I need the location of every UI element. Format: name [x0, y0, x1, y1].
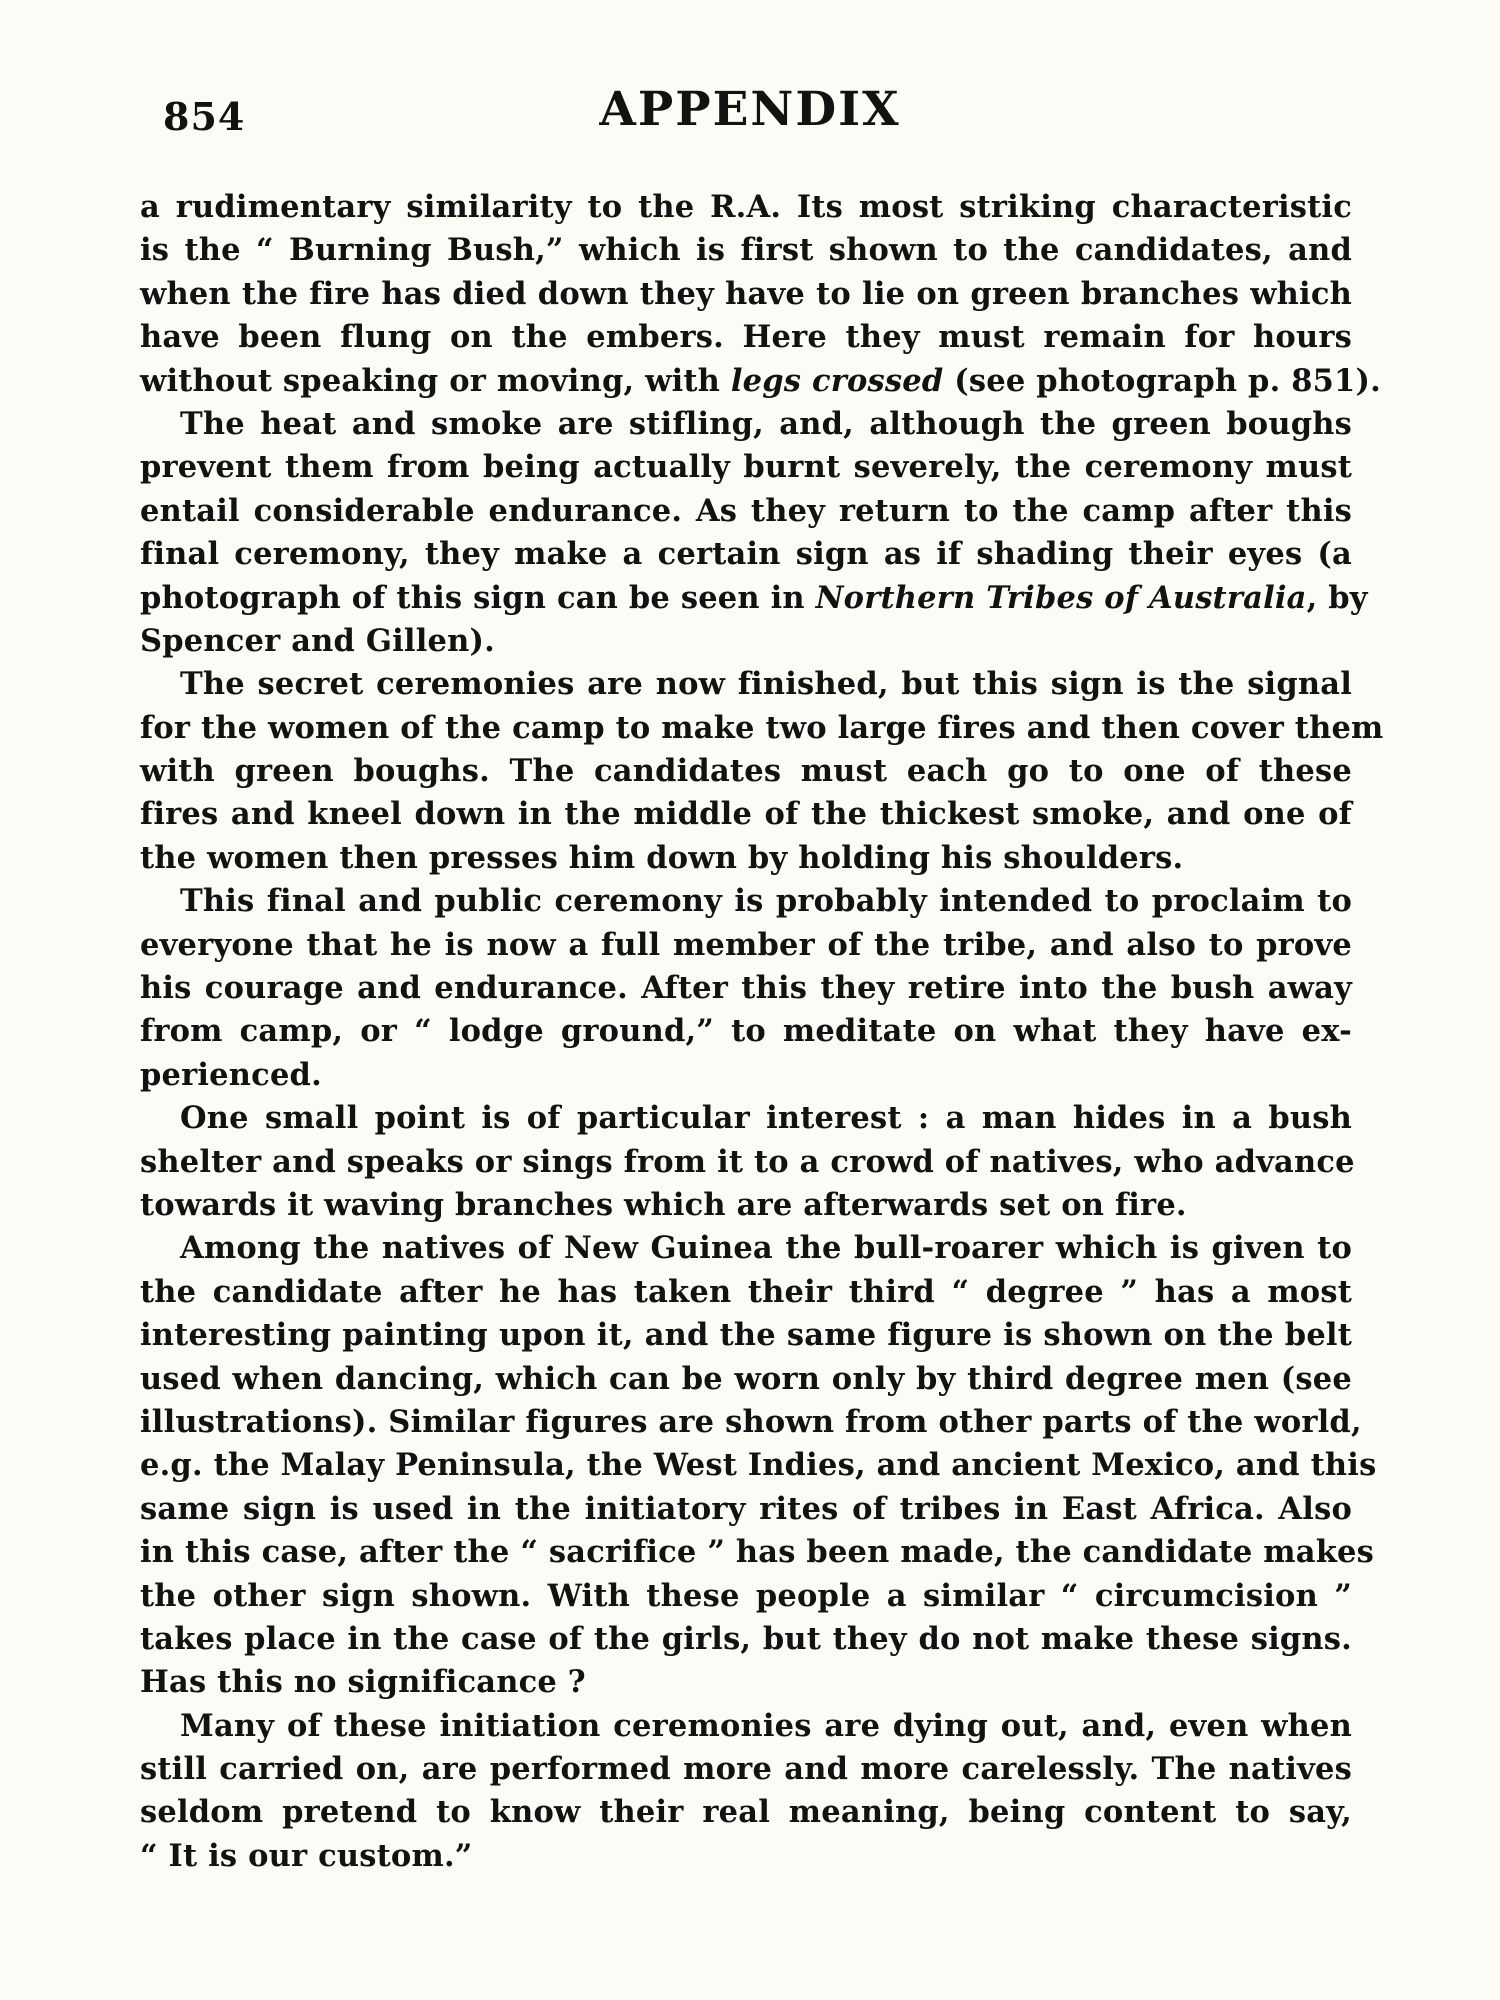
text-line: interesting painting upon it, and the sa… [140, 1314, 1352, 1357]
text-segment: his courage and endurance. After this th… [140, 970, 1352, 1006]
text-segment: This final and public ceremony is probab… [180, 883, 1352, 919]
text-segment: , by [1307, 580, 1368, 616]
text-segment: takes place in the case of the girls, bu… [140, 1621, 1352, 1657]
text-segment: Spencer and Gillen). [140, 623, 495, 659]
text-segment: photograph of this sign can be seen in [140, 580, 816, 616]
text-line: from camp, or “ lodge ground,” to medita… [140, 1010, 1352, 1053]
text-line: same sign is used in the initiatory rite… [140, 1488, 1352, 1531]
text-line: photograph of this sign can be seen in N… [140, 577, 1352, 620]
text-segment: the other sign shown. With these people … [140, 1578, 1352, 1614]
text-segment: e.g. the Malay Peninsula, the West Indie… [140, 1447, 1376, 1483]
text-segment: “ It is our custom.” [140, 1838, 473, 1874]
text-line: final ceremony, they make a certain sign… [140, 533, 1352, 576]
text-line: the women then presses him down by holdi… [140, 837, 1352, 880]
text-line: a rudimentary similarity to the R.A. Its… [140, 186, 1352, 229]
text-segment: seldom pretend to know their real meanin… [140, 1794, 1352, 1830]
text-segment: the women then presses him down by holdi… [140, 840, 1183, 876]
text-segment: when the fire has died down they have to… [140, 276, 1352, 312]
text-segment: still carried on, are performed more and… [140, 1751, 1352, 1787]
text-line: entail considerable endurance. As they r… [140, 490, 1352, 533]
text-line: his courage and endurance. After this th… [140, 967, 1352, 1010]
text-line: Among the natives of New Guinea the bull… [140, 1227, 1352, 1270]
text-segment: Many of these initiation ceremonies are … [180, 1708, 1352, 1744]
text-segment: have been flung on the embers. Here they… [140, 319, 1352, 355]
text-line: used when dancing, which can be worn onl… [140, 1358, 1352, 1401]
text-segment: illustrations). Similar figures are show… [140, 1404, 1362, 1440]
text-line: seldom pretend to know their real meanin… [140, 1791, 1352, 1834]
text-line: towards it waving branches which are aft… [140, 1184, 1352, 1227]
text-segment: for the women of the camp to make two la… [140, 710, 1384, 746]
text-line: in this case, after the “ sacrifice ” ha… [140, 1531, 1352, 1574]
text-segment: Among the natives of New Guinea the bull… [180, 1230, 1352, 1266]
text-line: This final and public ceremony is probab… [140, 880, 1352, 923]
text-line: The heat and smoke are stifling, and, al… [140, 403, 1352, 446]
text-line: takes place in the case of the girls, bu… [140, 1618, 1352, 1661]
text-segment: The heat and smoke are stifling, and, al… [180, 406, 1352, 442]
text-segment: in this case, after the “ sacrifice ” ha… [140, 1534, 1374, 1570]
text-line: the other sign shown. With these people … [140, 1575, 1352, 1618]
text-segment: prevent them from being actually burnt s… [140, 449, 1352, 485]
text-segment: used when dancing, which can be worn onl… [140, 1361, 1352, 1397]
text-segment: shelter and speaks or sings from it to a… [140, 1144, 1355, 1180]
italic-text-segment: legs crossed [731, 363, 944, 399]
text-line: when the fire has died down they have to… [140, 273, 1352, 316]
book-page: 854 APPENDIX a rudimentary similarity to… [0, 0, 1500, 2000]
italic-text-segment: Northern Tribes of Australia [816, 580, 1307, 616]
text-segment: final ceremony, they make a certain sign… [140, 536, 1352, 572]
text-segment: (see photograph p. 851). [943, 363, 1380, 399]
text-segment: The secret ceremonies are now finished, … [180, 666, 1352, 702]
text-line: shelter and speaks or sings from it to a… [140, 1141, 1352, 1184]
text-line: prevent them from being actually burnt s… [140, 446, 1352, 489]
text-line: illustrations). Similar figures are show… [140, 1401, 1352, 1444]
text-segment: entail considerable endurance. As they r… [140, 493, 1352, 529]
text-segment: with green boughs. The candidates must e… [140, 753, 1352, 789]
text-segment: Has this no significance ? [140, 1664, 586, 1700]
text-line: One small point is of particular interes… [140, 1097, 1352, 1140]
text-segment: from camp, or “ lodge ground,” to medita… [140, 1013, 1352, 1049]
text-segment: same sign is used in the initiatory rite… [140, 1491, 1352, 1527]
text-line: without speaking or moving, with legs cr… [140, 360, 1352, 403]
text-line: still carried on, are performed more and… [140, 1748, 1352, 1791]
page-title: APPENDIX [0, 82, 1500, 137]
text-line: have been flung on the embers. Here they… [140, 316, 1352, 359]
text-line: The secret ceremonies are now finished, … [140, 663, 1352, 706]
text-segment: a rudimentary similarity to the R.A. Its… [140, 189, 1352, 225]
text-segment: is the “ Burning Bush,” which is first s… [140, 232, 1352, 268]
text-line: perienced. [140, 1054, 1352, 1097]
text-line: fires and kneel down in the middle of th… [140, 793, 1352, 836]
text-segment: everyone that he is now a full member of… [140, 927, 1352, 963]
text-segment: perienced. [140, 1057, 322, 1093]
text-line: everyone that he is now a full member of… [140, 924, 1352, 967]
text-line: the candidate after he has taken their t… [140, 1271, 1352, 1314]
text-line: is the “ Burning Bush,” which is first s… [140, 229, 1352, 272]
text-segment: interesting painting upon it, and the sa… [140, 1317, 1352, 1353]
text-segment: fires and kneel down in the middle of th… [140, 796, 1352, 832]
text-line: Spencer and Gillen). [140, 620, 1352, 663]
text-segment: towards it waving branches which are aft… [140, 1187, 1187, 1223]
text-line: “ It is our custom.” [140, 1835, 1352, 1878]
text-segment: without speaking or moving, with [140, 363, 731, 399]
text-line: for the women of the camp to make two la… [140, 707, 1352, 750]
text-line: Has this no significance ? [140, 1661, 1352, 1704]
body-text: a rudimentary similarity to the R.A. Its… [140, 186, 1352, 1878]
text-line: with green boughs. The candidates must e… [140, 750, 1352, 793]
text-segment: the candidate after he has taken their t… [140, 1274, 1352, 1310]
text-line: Many of these initiation ceremonies are … [140, 1705, 1352, 1748]
text-segment: One small point is of particular interes… [180, 1100, 1352, 1136]
text-line: e.g. the Malay Peninsula, the West Indie… [140, 1444, 1352, 1487]
